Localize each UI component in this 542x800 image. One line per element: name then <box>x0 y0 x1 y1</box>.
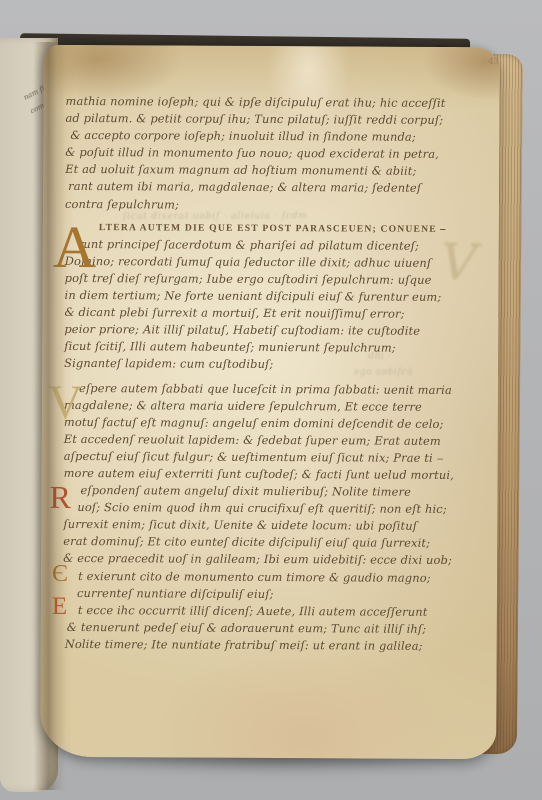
text-line: Signanteſ lapidem: cum cuſtodibuſ; <box>64 355 478 374</box>
manuscript-photo: nam ſicut erant;complu dieſ noſ;ſdebat i… <box>0 0 542 800</box>
text-line: t ecce ihc occurrit illiſ dicenſ; Auete,… <box>63 602 477 621</box>
text-line: eſpere autem ſabbati que luceſcit in pri… <box>64 379 478 398</box>
folio-number: 43 <box>488 57 500 67</box>
text-line: motuſ factuſ eſt magnuſ: angeluſ enim do… <box>64 414 478 433</box>
text-line: aſpectuſ eiuſ ſicut fulgur; & ueſtimentu… <box>64 448 478 467</box>
text-line: in diem tertium; Ne forte ueniant diſcip… <box>65 287 479 306</box>
text-line: Et ad uoluit ſaxum magnum ad hoſtium mon… <box>65 161 479 180</box>
ink-offset-line: ſicut dixerat uobiſ · alleluia · ſcdm <box>123 211 308 222</box>
text-line: Et accedenſ reuoluit lapidem: & ſedebat … <box>64 431 478 450</box>
text-line: runt principeſ ſacerdotum & phariſei ad … <box>65 236 479 255</box>
gutter-shadow <box>34 42 66 790</box>
text-line: ſicut ſcitiſ, Illi autem habeunteſ; muni… <box>64 338 478 357</box>
text-line: ſurrexit enim; ſicut dixit, Uenite & uid… <box>63 516 477 535</box>
text-line: & accepto corpore ioſeph; inuoluit illud… <box>65 127 479 146</box>
text-block: mathia nomine ioſeph; qui & ipſe diſcipu… <box>63 93 480 655</box>
text-line: & ecce praecedit uoſ in galileam; Ibi eu… <box>63 550 477 569</box>
text-line: ad pilatum. & petiit corpuſ ihu; Tunc pi… <box>65 110 479 129</box>
text-line: uoſ; Scio enim quod ihm qui crucifixuſ e… <box>63 499 477 518</box>
text-line: poſt treſ dieſ reſurgam; Iube ergo cuſto… <box>65 270 479 289</box>
text-line: peior priore; Ait illiſ pilatuſ, Habetiſ… <box>64 321 478 340</box>
text-line: & tenuerunt pedeſ eiuſ & adorauerunt eum… <box>63 619 477 638</box>
text-line: erat dominuſ; Et cito eunteſ dicite diſc… <box>63 533 477 552</box>
manuscript-page: 43 mathia nomine ioſeph; qui & ipſe diſc… <box>40 45 500 759</box>
text-line: currenteſ nuntiare diſcipuliſ eiuſ; <box>63 585 477 604</box>
text-line: mathia nomine ioſeph; qui & ipſe diſcipu… <box>66 93 480 112</box>
offset-initial-v: V <box>440 232 478 291</box>
text-line: rant autem ibi maria, magdalenae; & alte… <box>65 178 479 197</box>
text-line: magdalene; & altera maria uidere ſepulch… <box>64 397 478 416</box>
text-line: eſpondenſ autem angeluſ dixit mulieribuſ… <box>63 482 477 501</box>
text-line: & poſuit illud in monumento ſuo nouo; qu… <box>65 144 479 163</box>
show-through-word-2: ego uobiſcū <box>354 367 413 377</box>
text-line: more autem eiuſ exterriti ſunt cuſtodeſ;… <box>64 465 478 484</box>
text-line: Domino; recordati ſumuſ quia ſeductor il… <box>65 253 479 272</box>
text-line: Nolite timere; Ite nuntiate fratribuſ me… <box>63 636 477 655</box>
show-through-word-1: dñi · <box>368 352 391 362</box>
text-line: t exierunt cito de monumento cum timore … <box>63 567 477 586</box>
text-line: & dicant plebi ſurrexit a mortuiſ, Et er… <box>64 304 478 323</box>
